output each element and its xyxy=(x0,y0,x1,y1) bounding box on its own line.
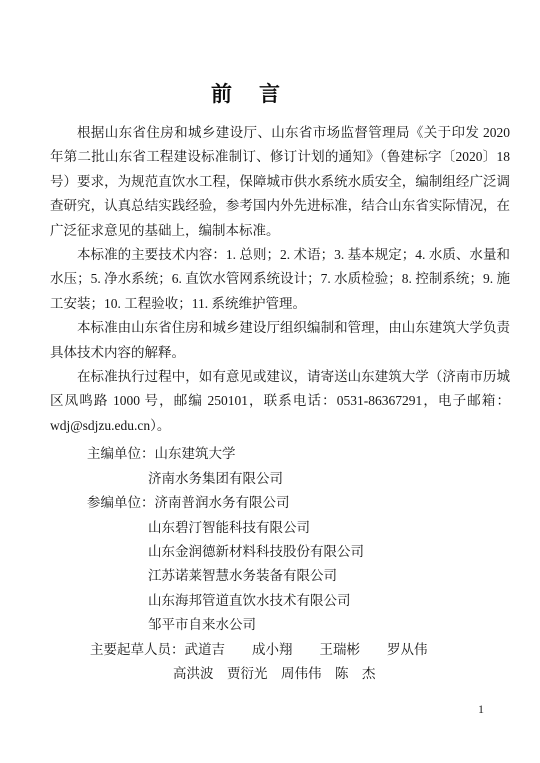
drafters-names: 高洪波 贾衍光 周伟伟 陈 杰 xyxy=(173,662,376,686)
co-editor-unit: 山东海邦管道直饮水技术有限公司 xyxy=(148,589,351,613)
co-editor-unit: 邹平市自来水公司 xyxy=(148,613,256,637)
co-editor-unit: 济南普润水务有限公司 xyxy=(155,491,290,515)
drafters-row: 主要起草人员： 武道吉 成小翔 王瑞彬 罗从伟 xyxy=(50,638,510,662)
preface-content: 根据山东省住房和城乡建设厅、山东省市场监督管理局《关于印发 2020 年第二批山… xyxy=(50,121,510,686)
co-editor-row: 山东金润德新材料科技股份有限公司 xyxy=(50,540,510,564)
drafters-names: 武道吉 成小翔 王瑞彬 罗从伟 xyxy=(185,638,428,662)
co-editor-row: 山东碧汀智能科技有限公司 xyxy=(50,516,510,540)
preface-paragraph-feedback: 在标准执行过程中，如有意见或建议，请寄送山东建筑大学（济南市历城区凤鸣路 100… xyxy=(50,365,510,438)
co-editor-label: 参编单位： xyxy=(87,491,155,515)
co-editor-row: 参编单位： 济南普润水务有限公司 xyxy=(50,491,510,515)
title-container: 前 言 xyxy=(0,82,494,106)
co-editor-row: 山东海邦管道直饮水技术有限公司 xyxy=(50,589,510,613)
chief-editor-label: 主编单位： xyxy=(87,442,155,466)
page-number: 1 xyxy=(478,701,484,717)
co-editor-unit: 江苏诺莱智慧水务装备有限公司 xyxy=(148,564,337,588)
preface-paragraph-management: 本标准由山东省住房和城乡建设厅组织编制和管理，由山东建筑大学负责具体技术内容的解… xyxy=(50,316,510,365)
chief-editor-unit: 山东建筑大学 xyxy=(155,442,236,466)
chief-editor-row: 济南水务集团有限公司 xyxy=(50,467,510,491)
co-editor-row: 邹平市自来水公司 xyxy=(50,613,510,637)
co-editor-unit: 山东碧汀智能科技有限公司 xyxy=(148,516,310,540)
page-title: 前 言 xyxy=(211,82,283,106)
co-editor-unit: 山东金润德新材料科技股份有限公司 xyxy=(148,540,364,564)
drafters-label: 主要起草人员： xyxy=(90,638,185,662)
co-editor-row: 江苏诺莱智慧水务装备有限公司 xyxy=(50,564,510,588)
preface-paragraph-basis: 根据山东省住房和城乡建设厅、山东省市场监督管理局《关于印发 2020 年第二批山… xyxy=(50,121,510,243)
chief-editor-row: 主编单位： 山东建筑大学 xyxy=(50,442,510,466)
drafters-row: 高洪波 贾衍光 周伟伟 陈 杰 xyxy=(50,662,510,686)
document-page: 前 言 根据山东省住房和城乡建设厅、山东省市场监督管理局《关于印发 2020 年… xyxy=(0,0,540,763)
preface-paragraph-contents: 本标准的主要技术内容：1. 总则；2. 术语；3. 基本规定；4. 水质、水量和… xyxy=(50,243,510,316)
credits-section: 主编单位： 山东建筑大学 济南水务集团有限公司 参编单位： 济南普润水务有限公司… xyxy=(50,442,510,686)
chief-editor-unit: 济南水务集团有限公司 xyxy=(148,467,283,491)
